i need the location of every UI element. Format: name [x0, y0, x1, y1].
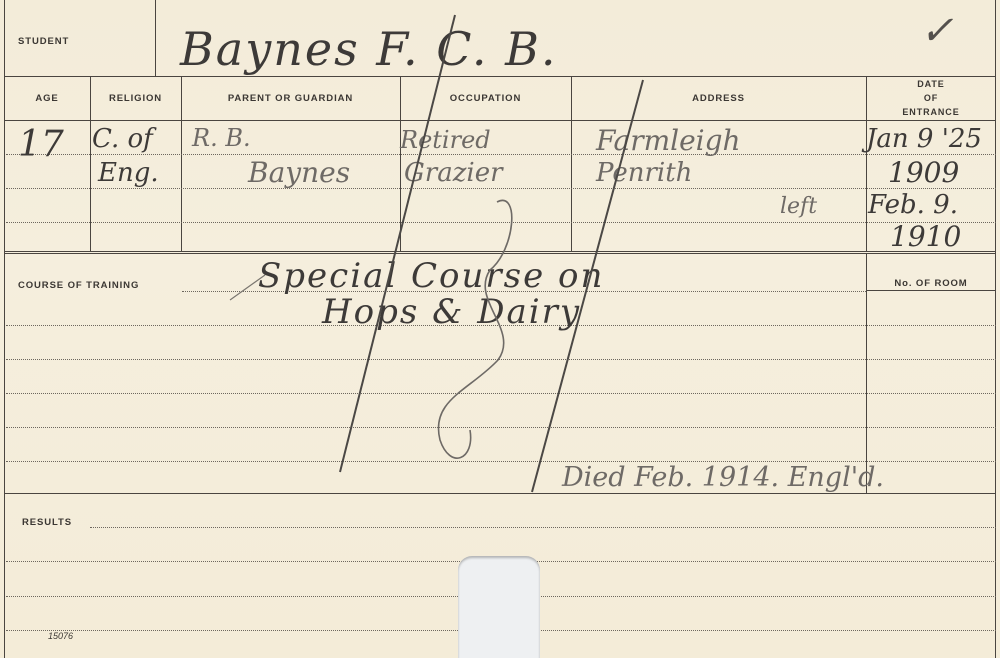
flourish-stroke: [438, 200, 511, 458]
cancel-stroke-right: [532, 80, 643, 492]
file-rod-notch: [458, 556, 540, 658]
cancel-stroke-left: [340, 15, 455, 472]
student-record-card: STUDENT AGE RELIGION PARENT OR GUARDIAN …: [0, 0, 1000, 658]
